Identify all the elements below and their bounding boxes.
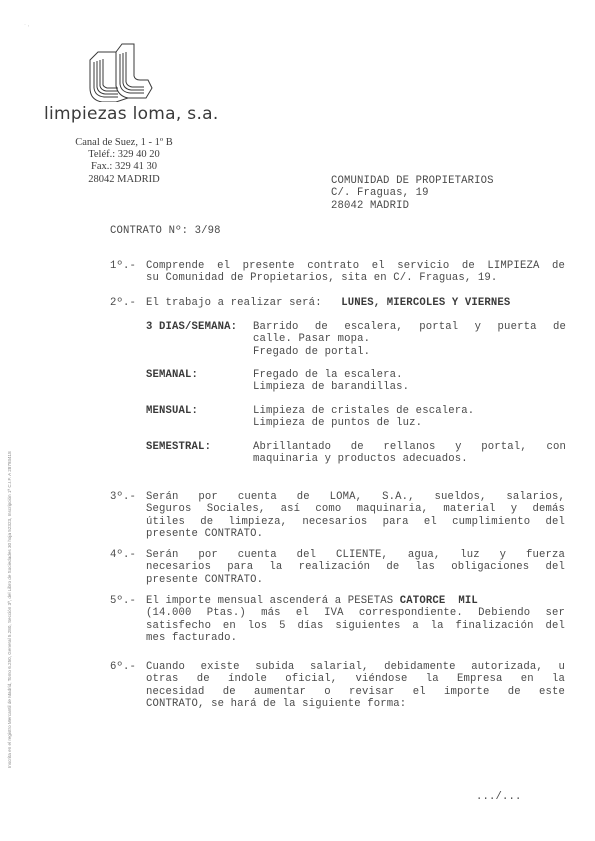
clause-line: otras de índole oficial, viéndose la Emp…	[146, 673, 565, 685]
clause-intro-text: El trabajo a realizar será:	[146, 297, 322, 309]
recipient-street: C/. Fraguas, 19	[331, 187, 494, 199]
clause-number: 6º.-	[110, 661, 136, 673]
clause-line: Serán por cuenta de LOMA, S.A., sueldos,…	[146, 491, 565, 503]
task-monthly: MENSUAL: Limpieza de cristales de escale…	[146, 405, 566, 430]
recipient-name: COMUNIDAD DE PROPIETARIOS	[331, 175, 494, 187]
contract-number: CONTRATO Nº: 3/98	[110, 225, 221, 237]
clause-6: 6º.- Cuando existe subida salarial, debi…	[110, 661, 565, 711]
task-line: calle. Pasar mopa.	[253, 333, 566, 345]
clause-5: 5º.- El importe mensual ascenderá a PESE…	[110, 595, 565, 645]
clause-line: CONTRATO, se hará de la siguiente forma:	[146, 698, 565, 710]
clause-number: 3º.-	[110, 491, 136, 503]
clause-line: su Comunidad de Propietarios, sita en C/…	[146, 272, 565, 284]
recipient-address: COMUNIDAD DE PROPIETARIOS C/. Fraguas, 1…	[331, 175, 494, 212]
task-3-days-week: 3 DIAS/SEMANA: Barrido de escalera, port…	[146, 321, 566, 358]
task-line: Fregado de portal.	[253, 346, 566, 358]
contract-number-label: CONTRATO Nº:	[110, 225, 188, 237]
clause-line: necesidad de aumentar o revisar el impor…	[146, 686, 565, 698]
task-frequency-label: MENSUAL:	[146, 405, 198, 417]
task-line: Limpieza de cristales de escalera.	[253, 405, 566, 417]
contract-number-value: 3/98	[195, 225, 221, 237]
company-city: 28042 MADRID	[69, 174, 179, 186]
clause-number: 1º.-	[110, 260, 136, 272]
company-phone: Teléf.: 329 40 20	[69, 149, 179, 161]
clause-number: 2º.-	[110, 297, 136, 309]
task-frequency-label: 3 DIAS/SEMANA:	[146, 321, 237, 333]
company-name: limpiezas loma, s.a.	[44, 104, 219, 124]
task-line: Fregado de la escalera.	[253, 369, 566, 381]
clause-number: 5º.-	[110, 595, 136, 607]
clause-1: 1º.- Comprende el presente contrato el s…	[110, 260, 565, 285]
task-line: Limpieza de barandillas.	[253, 381, 566, 393]
task-weekly: SEMANAL: Fregado de la escalera. Limpiez…	[146, 369, 566, 394]
clause-intro: El trabajo a realizar será: LUNES, MIERC…	[146, 297, 565, 309]
task-line: Limpieza de puntos de luz.	[253, 417, 566, 429]
clause-number: 4º.-	[110, 549, 136, 561]
clause-line: Seguros Sociales, así como maquinaria, m…	[146, 503, 565, 515]
company-street: Canal de Suez, 1 - 1º B	[69, 137, 179, 149]
company-logo-icon	[88, 38, 154, 102]
recipient-city: 28042 MADRID	[331, 200, 494, 212]
company-address: Canal de Suez, 1 - 1º B Teléf.: 329 40 2…	[69, 137, 179, 186]
scan-artifact: · ,	[24, 22, 29, 28]
clause-line: presente CONTRATO.	[146, 574, 565, 586]
task-frequency-label: SEMANAL:	[146, 369, 198, 381]
task-semestral: SEMESTRAL: Abrillantado de rellanos y po…	[146, 441, 566, 466]
task-frequency-label: SEMESTRAL:	[146, 441, 211, 453]
clause-line: Serán por cuenta del CLIENTE, agua, luz …	[146, 549, 565, 561]
amount-words: CATORCE MIL	[400, 595, 478, 607]
clause-line: Comprende el presente contrato el servic…	[146, 260, 565, 272]
clause-line: mes facturado.	[146, 632, 565, 644]
clause-line: Cuando existe subida salarial, debidamen…	[146, 661, 565, 673]
schedule-days: LUNES, MIERCOLES Y VIERNES	[341, 297, 510, 309]
clause-line: (14.000 Ptas.) más el IVA correspondient…	[146, 607, 565, 619]
clause-line: satisfecho en los 5 días siguientes a la…	[146, 620, 565, 632]
clause-line: útiles de limpieza, necesarios para el c…	[146, 516, 565, 528]
continuation-marker: .../...	[476, 791, 522, 803]
clause-2: 2º.- El trabajo a realizar será: LUNES, …	[110, 297, 565, 309]
company-fax: Fax.: 329 41 30	[69, 161, 179, 173]
amount-text: El importe mensual ascenderá a PESETAS	[146, 595, 400, 607]
clause-line: El importe mensual ascenderá a PESETAS C…	[146, 595, 565, 607]
clause-3: 3º.- Serán por cuenta de LOMA, S.A., sue…	[110, 491, 565, 541]
registry-legal-notice: Inscrita en el registro Mercantil de Mad…	[7, 451, 12, 768]
clause-4: 4º.- Serán por cuenta del CLIENTE, agua,…	[110, 549, 565, 586]
clause-line: necesarios para la realización de las ob…	[146, 561, 565, 573]
task-line: maquinaria y productos adecuados.	[253, 453, 566, 465]
task-line: Barrido de escalera, portal y puerta de	[253, 321, 566, 333]
clause-line: presente CONTRATO.	[146, 528, 565, 540]
task-line: Abrillantado de rellanos y portal, con	[253, 441, 566, 453]
